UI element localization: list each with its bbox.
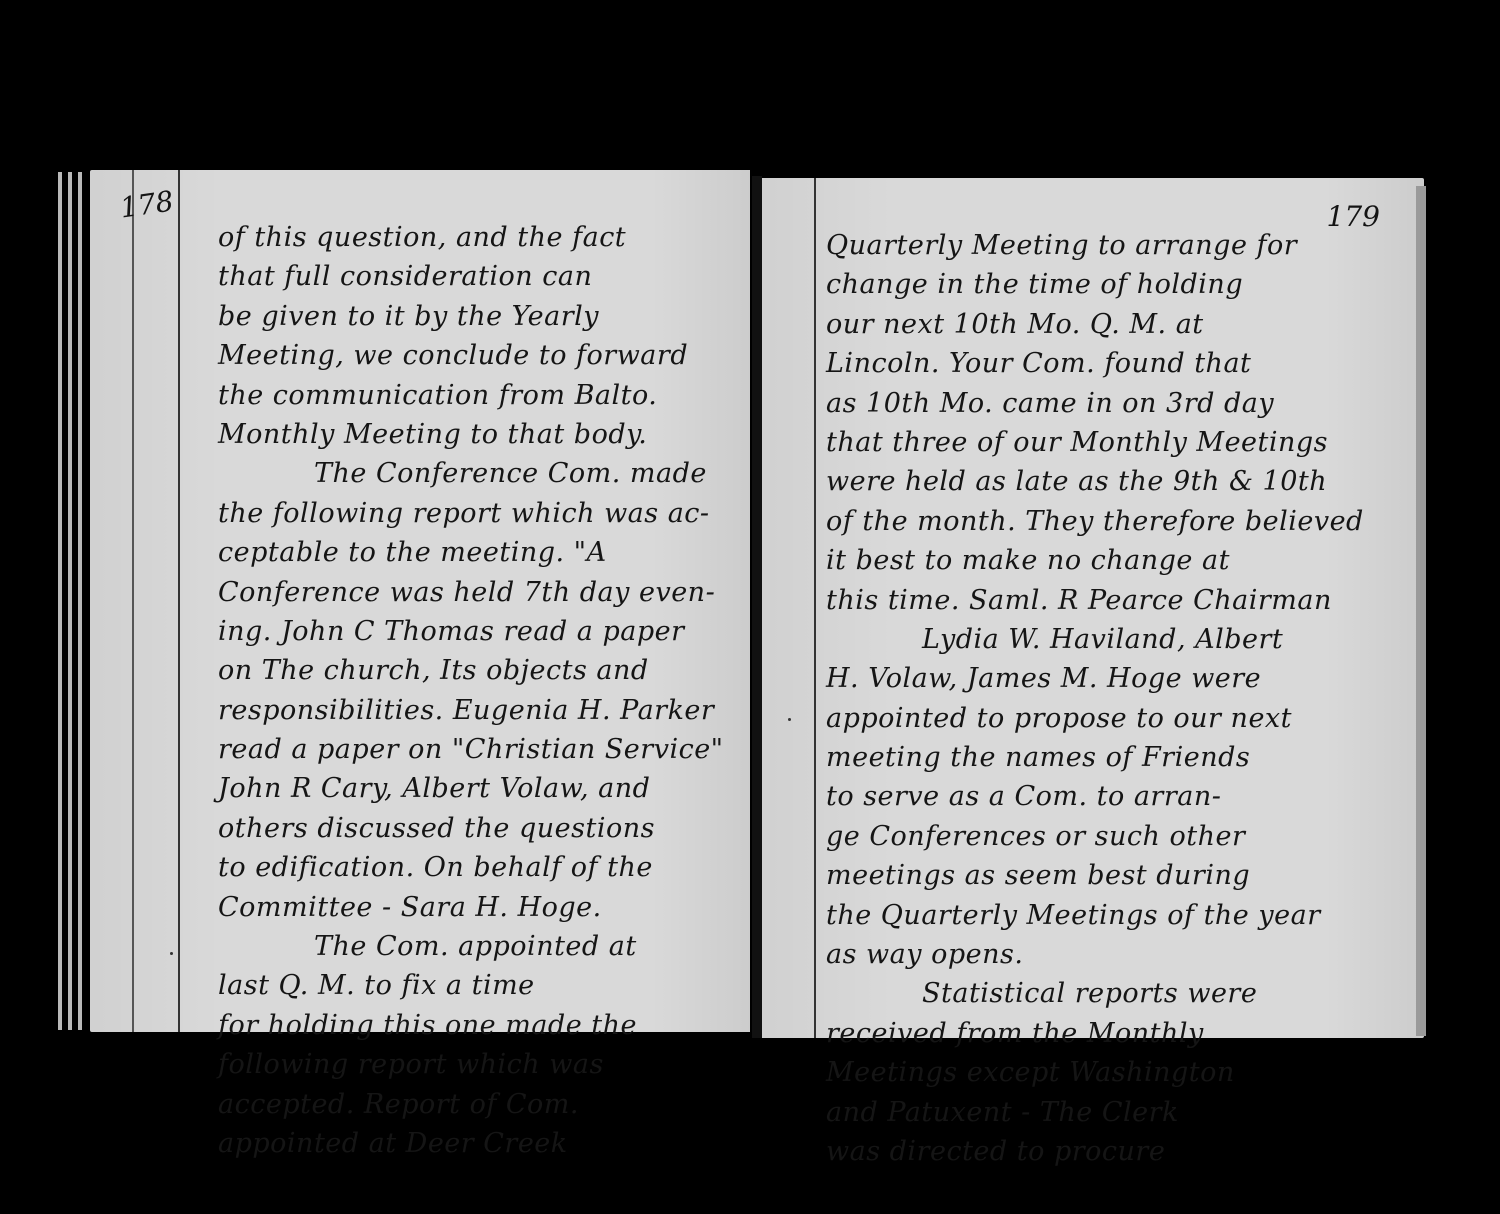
- handwritten-line: the communication from Balto.: [218, 376, 738, 415]
- handwritten-line: to serve as a Com. to arran-: [826, 777, 1386, 816]
- ink-speck: [170, 952, 173, 955]
- handwritten-line: responsibilities. Eugenia H. Parker: [218, 691, 738, 730]
- handwritten-line: read a paper on "Christian Service": [218, 730, 738, 769]
- handwritten-line: received from the Monthly: [826, 1014, 1386, 1053]
- handwritten-line: as 10th Mo. came in on 3rd day: [826, 384, 1386, 423]
- handwritten-line: Monthly Meeting to that body.: [218, 415, 738, 454]
- handwritten-line: that full consideration can: [218, 257, 738, 296]
- handwritten-line: and Patuxent - The Clerk: [826, 1093, 1386, 1132]
- right-page-text: Quarterly Meeting to arrange forchange i…: [826, 226, 1386, 1171]
- handwritten-line: ing. John C Thomas read a paper: [218, 612, 738, 651]
- handwritten-line: Quarterly Meeting to arrange for: [826, 226, 1386, 265]
- page-number-left: 178: [118, 184, 176, 224]
- left-page-text: of this question, and the factthat full …: [218, 218, 738, 1163]
- handwritten-line: for holding this one made the: [218, 1006, 738, 1045]
- handwritten-line: H. Volaw, James M. Hoge were: [826, 659, 1386, 698]
- handwritten-line: Committee - Sara H. Hoge.: [218, 888, 738, 927]
- right-page-margin-rule: [814, 178, 816, 1038]
- handwritten-line: Meeting, we conclude to forward: [218, 336, 738, 375]
- handwritten-line: this time. Saml. R Pearce Chairman: [826, 581, 1386, 620]
- handwritten-line: Meetings except Washington: [826, 1053, 1386, 1092]
- handwritten-line: Conference was held 7th day even-: [218, 573, 738, 612]
- handwritten-line: that three of our Monthly Meetings: [826, 423, 1386, 462]
- handwritten-line: last Q. M. to fix a time: [218, 966, 738, 1005]
- handwritten-line: John R Cary, Albert Volaw, and: [218, 769, 738, 808]
- handwritten-line: the following report which was ac-: [218, 494, 738, 533]
- handwritten-line: be given to it by the Yearly: [218, 297, 738, 336]
- handwritten-line: ge Conferences or such other: [826, 817, 1386, 856]
- handwritten-line: were held as late as the 9th & 10th: [826, 462, 1386, 501]
- handwritten-line: of the month. They therefore believed: [826, 502, 1386, 541]
- handwritten-line: it best to make no change at: [826, 541, 1386, 580]
- handwritten-line: following report which was: [218, 1045, 738, 1084]
- handwritten-line: meetings as seem best during: [826, 856, 1386, 895]
- handwritten-line: The Com. appointed at: [218, 927, 738, 966]
- handwritten-line: Statistical reports were: [826, 974, 1386, 1013]
- handwritten-line: was directed to procure: [826, 1132, 1386, 1171]
- left-page-margin-rule: [178, 170, 180, 1032]
- handwritten-line: The Conference Com. made: [218, 454, 738, 493]
- handwritten-line: change in the time of holding: [826, 265, 1386, 304]
- handwritten-line: as way opens.: [826, 935, 1386, 974]
- handwritten-line: to edification. On behalf of the: [218, 848, 738, 887]
- handwritten-line: meeting the names of Friends: [826, 738, 1386, 777]
- handwritten-line: of this question, and the fact: [218, 218, 738, 257]
- handwritten-line: on The church, Its objects and: [218, 651, 738, 690]
- handwritten-line: ceptable to the meeting. "A: [218, 533, 738, 572]
- handwritten-line: others discussed the questions: [218, 809, 738, 848]
- book-right-edge: [1416, 186, 1426, 1036]
- handwritten-line: accepted. Report of Com.: [218, 1085, 738, 1124]
- handwritten-line: Lincoln. Your Com. found that: [826, 344, 1386, 383]
- handwritten-line: the Quarterly Meetings of the year: [826, 896, 1386, 935]
- left-page: 178 of this question, and the factthat f…: [90, 170, 750, 1032]
- handwritten-line: our next 10th Mo. Q. M. at: [826, 305, 1386, 344]
- ink-speck: [788, 718, 791, 721]
- book-spine: [752, 176, 762, 1038]
- handwritten-line: Lydia W. Haviland, Albert: [826, 620, 1386, 659]
- left-page-inner-rule: [132, 170, 134, 1032]
- handwritten-line: appointed at Deer Creek: [218, 1124, 738, 1163]
- right-page: 179 Quarterly Meeting to arrange forchan…: [762, 178, 1424, 1038]
- open-ledger-book: 178 of this question, and the factthat f…: [0, 0, 1500, 1214]
- handwritten-line: appointed to propose to our next: [826, 699, 1386, 738]
